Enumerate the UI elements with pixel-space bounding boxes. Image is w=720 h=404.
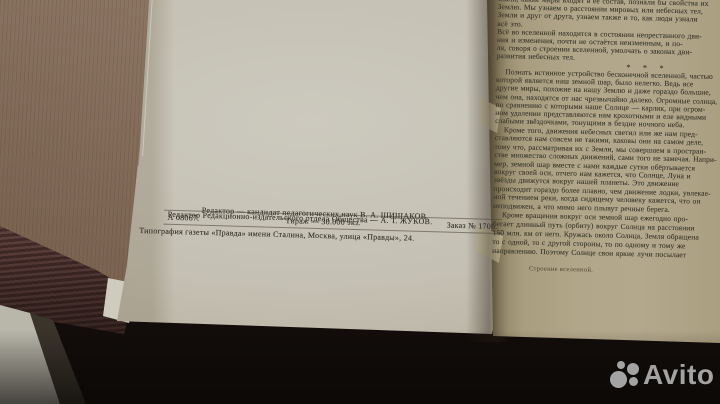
avito-circle-small-top-left <box>617 361 625 369</box>
order-number: Заказ № 1706. <box>447 221 498 231</box>
avito-watermark: Avito <box>610 360 720 394</box>
paragraph-2: Познать истинное устройство бесконечной … <box>495 68 720 134</box>
page-text: знали, какие миры входят в её состав, по… <box>492 0 720 263</box>
avito-circle-medium-top-right <box>627 363 639 375</box>
paragraph-4: Кроме вращения вокруг оси земной шар еже… <box>492 210 720 263</box>
running-footer: Строение вселенной. <box>529 265 593 273</box>
avito-circle-large-bottom-left <box>610 371 627 388</box>
avito-circle-small-bottom-right <box>629 377 638 386</box>
paragraph-3: Кроме того, движения небесных светил или… <box>493 126 720 218</box>
avito-wordmark: Avito <box>643 359 714 391</box>
avito-logo-icon <box>610 361 640 391</box>
paragraph-1: знали, какие миры входят в её состав, по… <box>497 0 720 68</box>
photo-of-open-book: Редактор — кандидат педагогических наук … <box>0 0 720 404</box>
